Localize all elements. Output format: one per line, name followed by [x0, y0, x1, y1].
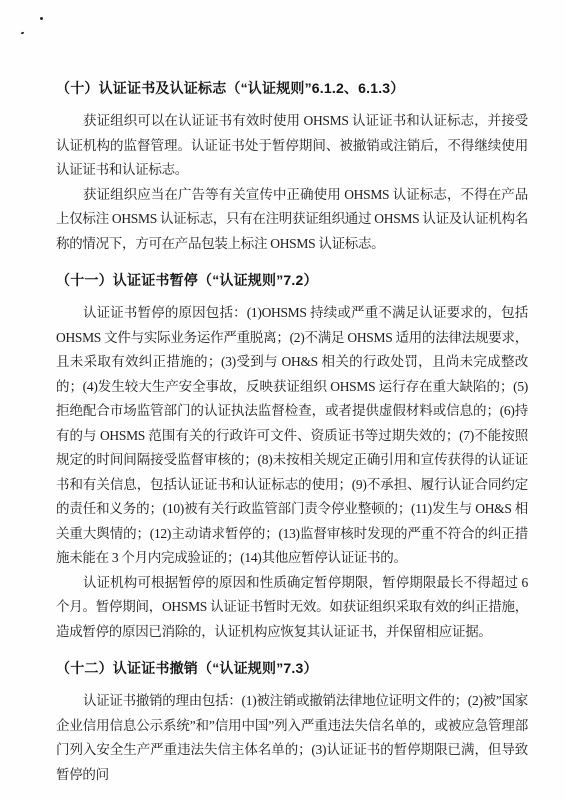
- scan-speck-dot: [21, 32, 25, 35]
- paragraph: 认证机构可根据暂停的原因和性质确定暂停期限，暂停期限最长不得超过 6 个月。暂停…: [56, 571, 528, 645]
- scan-speck-dot: [40, 17, 43, 20]
- document-content: （十）认证证书及认证标志（“认证规则”6.1.2、6.1.3） 获证组织可以在认…: [56, 76, 528, 787]
- paragraph: 认证证书撤销的理由包括：(1)被注销或撤销法律地位证明文件的；(2)被”国家企业…: [56, 689, 528, 787]
- document-page: （十）认证证书及认证标志（“认证规则”6.1.2、6.1.3） 获证组织可以在认…: [0, 0, 566, 800]
- paragraph: 获证组织应当在广告等有关宣传中正确使用 OHSMS 认证标志，不得在产品上仅标注…: [56, 183, 528, 257]
- paragraph: 认证证书暂停的原因包括：(1)OHSMS 持续或严重不满足认证要求的，包括 OH…: [56, 301, 528, 571]
- section-certification-certificate-and-mark: （十）认证证书及认证标志（“认证规则”6.1.2、6.1.3） 获证组织可以在认…: [56, 76, 528, 256]
- section-heading-10: （十）认证证书及认证标志（“认证规则”6.1.2、6.1.3）: [56, 76, 528, 100]
- paragraph: 获证组织可以在认证证书有效时使用 OHSMS 认证证书和认证标志，并接受认证机构…: [56, 109, 528, 183]
- section-heading-12: （十二）认证证书撤销（“认证规则”7.3）: [56, 656, 528, 680]
- section-heading-11: （十一）认证证书暂停（“认证规则”7.2）: [56, 268, 528, 292]
- section-certificate-suspension: （十一）认证证书暂停（“认证规则”7.2） 认证证书暂停的原因包括：(1)OHS…: [56, 268, 528, 644]
- section-certificate-revocation: （十二）认证证书撤销（“认证规则”7.3） 认证证书撤销的理由包括：(1)被注销…: [56, 656, 528, 787]
